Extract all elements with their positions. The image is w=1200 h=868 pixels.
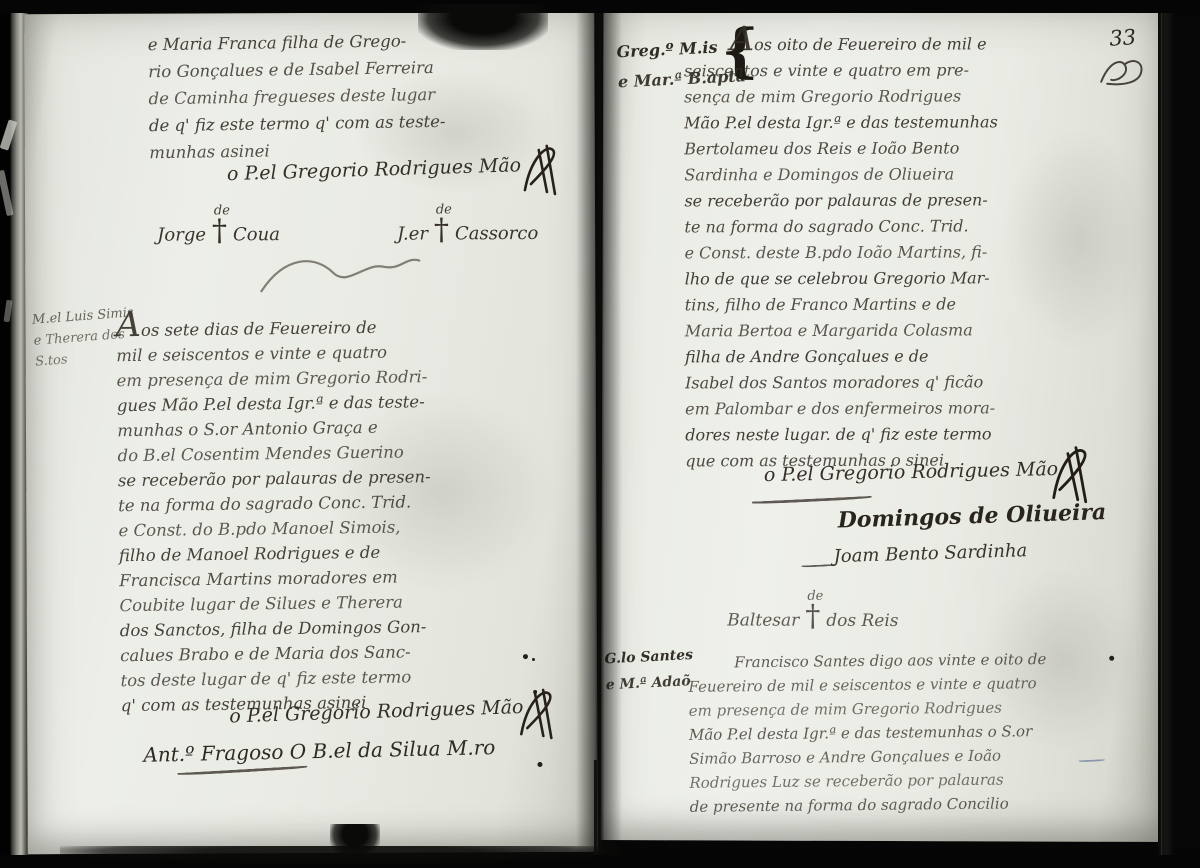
signature-cross-mark: de † (434, 218, 449, 244)
witness-name: dos Reis (826, 611, 898, 631)
manuscript-line: Isabel dos Santos moradores q' ficão (685, 369, 999, 396)
signature-dash (801, 564, 835, 568)
signature-paraph-icon (1044, 442, 1094, 506)
bottom-edge-shadow (60, 846, 620, 864)
folio-rubric-flourish (1095, 52, 1151, 90)
manuscript-line: filha de Andre Gonçalues e de (685, 343, 999, 370)
cross-de-label: de (214, 203, 230, 218)
manuscript-line: tins, filho de Franco Martins e de (685, 291, 999, 318)
signature-underline-flourish (177, 766, 307, 776)
bleed-through-ghost (1002, 129, 1153, 350)
left-page: e Maria Franca filha de Grego-rio Gonçal… (24, 12, 598, 854)
ink-dot (523, 654, 528, 659)
manuscript-line: seiscentos e vinte e quatro em pre- (684, 57, 998, 84)
manuscript-scan: e Maria Franca filha de Grego-rio Gonçal… (0, 0, 1200, 868)
ink-dot (537, 762, 542, 767)
page-stack-edge-right (1158, 0, 1200, 868)
manuscript-line: lho de que se celebrou Gregorio Mar- (685, 265, 999, 292)
manuscript-line: em Palombar e dos enfermeiros mora- (685, 395, 999, 422)
manuscript-line: se receberão por palauras de presen- (684, 187, 998, 214)
manuscript-line: Sardinha e Domingos de Oliueira (684, 161, 998, 188)
cross-icon: † (434, 212, 449, 247)
ink-dot (532, 658, 535, 661)
cross-signature: Jorge de † Coua (157, 219, 280, 246)
manuscript-line: Aos oito de Feuereiro de mil e (730, 28, 998, 58)
manuscript-line: sença de mim Gregorio Rodrigues (684, 83, 998, 110)
marriage-record-paragraph: Aos oito de Feuereiro de mil eseiscentos… (684, 28, 999, 474)
witness-name: Cassorco (455, 223, 538, 244)
manuscript-line: Francisco Santes digo aos vinte e oito d… (734, 647, 1046, 674)
manuscript-line: te na forma do sagrado Conc. Trid. (684, 213, 998, 240)
cross-signature: Baltesar de † dos Reis (727, 604, 898, 631)
signature-paraph-icon (517, 140, 563, 198)
manuscript-line: e Const. deste B.pdo Ioão Martins, fi- (685, 239, 999, 266)
scan-border-top (0, 0, 1200, 13)
folio-number: 33 (1109, 25, 1137, 51)
witness-signature: Ant.º Fragoso O B.el da Silua M.ro (143, 735, 495, 767)
manuscript-line: de presente na forma do sagrado Concilio (690, 791, 1048, 819)
manuscript-line: Mão P.el desta Igr.ª e das testemunhas (684, 109, 998, 136)
record-fragment-paragraph: e Maria Franca filha de Grego-rio Gonçal… (148, 27, 447, 166)
marriage-record-paragraph: Aos sete dias de Feuereiro demil e seisc… (116, 311, 434, 718)
witness-name: Jorge (157, 224, 206, 245)
signature-cross-mark: de † (805, 605, 820, 631)
cross-icon: † (805, 599, 820, 634)
second-record-paragraph: Francisco Santes digo aos vinte e oito d… (688, 647, 1048, 819)
witness-signature: Joam Bento Sardinha (833, 540, 1027, 567)
section-paraph-flourish (255, 252, 425, 299)
ink-dot (1109, 656, 1114, 661)
gutter-line (594, 760, 597, 860)
signature-cross-mark: de † (212, 219, 227, 245)
witness-name: Coua (233, 224, 280, 245)
ink-dot (533, 690, 537, 694)
cross-de-label: de (807, 589, 823, 604)
ink-mark (1079, 759, 1105, 762)
manuscript-line: dores neste lugar. de q' fiz este termo (685, 421, 999, 448)
ink-blot (418, 4, 548, 50)
witness-signature: Domingos de Oliueira (837, 499, 1106, 533)
right-page: Greg.º M.ise Mar.ª B.apta { 33 Aos oito … (601, 8, 1166, 842)
manuscript-line: Maria Bertoa e Margarida Colasma (685, 317, 999, 344)
witness-name: J.er (397, 223, 428, 244)
gutter-shadow (576, 6, 622, 858)
manuscript-line: Aos sete dias de Feuereiro de (116, 311, 429, 343)
witness-name: Baltesar (727, 610, 799, 630)
manuscript-line: Bertolameu dos Reis e Ioão Bento (684, 135, 998, 162)
cross-de-label: de (436, 202, 452, 217)
cross-icon: † (212, 213, 227, 248)
signature-underline-flourish (752, 496, 872, 505)
cross-signature: J.er de † Cassorco (397, 218, 538, 245)
